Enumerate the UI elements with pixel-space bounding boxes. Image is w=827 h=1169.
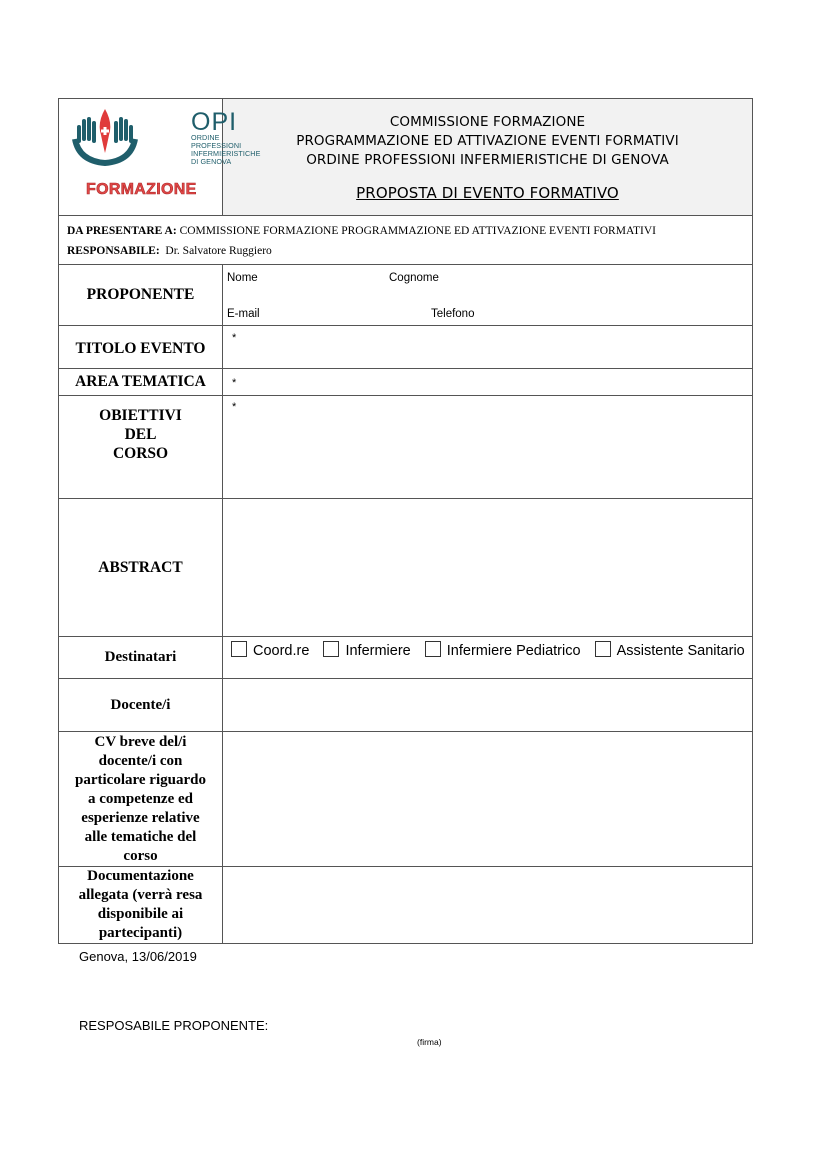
info-cell: DA PRESENTARE A: COMMISSIONE FORMAZIONE … bbox=[59, 216, 753, 265]
event-proposal-form: OPI ORDINE PROFESSIONI INFERMIERISTICHE … bbox=[58, 98, 753, 944]
documentazione-label: Documentazione allegata (verrà resa disp… bbox=[59, 867, 223, 944]
obiettivi-label: OBIETTIVI DEL CORSO bbox=[59, 396, 223, 499]
cognome-label: Cognome bbox=[389, 272, 439, 284]
header-row: OPI ORDINE PROFESSIONI INFERMIERISTICHE … bbox=[59, 99, 753, 216]
signature-label: RESPOSABILE PROPONENTE: bbox=[79, 1018, 268, 1033]
cv-label-line: esperienze relative bbox=[59, 809, 222, 828]
docente-label: Docente/i bbox=[59, 679, 223, 732]
logo-brand: OPI bbox=[191, 110, 261, 134]
titolo-row: TITOLO EVENTO * bbox=[59, 326, 753, 369]
obiettivi-row: OBIETTIVI DEL CORSO * bbox=[59, 396, 753, 499]
area-row: AREA TEMATICA * bbox=[59, 369, 753, 396]
logo-section-title: FORMAZIONE bbox=[86, 181, 197, 199]
abstract-field[interactable] bbox=[223, 499, 753, 637]
info-row: DA PRESENTARE A: COMMISSIONE FORMAZIONE … bbox=[59, 216, 753, 265]
cv-label-line: CV breve del/i bbox=[59, 733, 222, 752]
docente-field[interactable] bbox=[223, 679, 753, 732]
option-label: Infermiere bbox=[345, 643, 410, 659]
proponente-field[interactable]: Nome Cognome E-mail Telefono bbox=[223, 265, 753, 326]
responsible-value: Dr. Salvatore Ruggiero bbox=[165, 245, 271, 257]
cv-label-line: docente/i con bbox=[59, 752, 222, 771]
nome-label: Nome bbox=[227, 272, 258, 284]
required-mark: * bbox=[223, 375, 752, 389]
obiettivi-label-line: CORSO bbox=[59, 444, 222, 463]
present-to-value: COMMISSIONE FORMAZIONE PROGRAMMAZIONE ED… bbox=[180, 225, 656, 237]
opi-hands-flame-logo-icon bbox=[71, 109, 139, 167]
documentazione-label-line: partecipanti) bbox=[59, 924, 222, 943]
email-label: E-mail bbox=[227, 308, 260, 320]
obiettivi-field[interactable]: * bbox=[223, 396, 753, 499]
documentazione-row: Documentazione allegata (verrà resa disp… bbox=[59, 867, 753, 944]
destinatari-options: Coord.re Infermiere Infermiere Pediatric… bbox=[223, 637, 753, 679]
area-field[interactable]: * bbox=[223, 369, 753, 396]
form-subtitle: PROPOSTA DI EVENTO FORMATIVO bbox=[223, 184, 752, 202]
required-mark: * bbox=[223, 326, 752, 344]
present-to-label: DA PRESENTARE A: bbox=[67, 225, 177, 237]
cv-label-line: a competenze ed bbox=[59, 790, 222, 809]
option-infermiere-pediatrico[interactable]: Infermiere Pediatrico bbox=[425, 643, 581, 659]
abstract-label: ABSTRACT bbox=[59, 499, 223, 637]
documentazione-label-line: allegata (verrà resa bbox=[59, 886, 222, 905]
cv-label-line: alle tematiche del bbox=[59, 828, 222, 847]
proponente-row: PROPONENTE Nome Cognome E-mail Telefono bbox=[59, 265, 753, 326]
option-label: Assistente Sanitario bbox=[617, 643, 745, 659]
required-mark: * bbox=[223, 396, 752, 413]
cv-label-line: corso bbox=[59, 847, 222, 866]
abstract-row: ABSTRACT bbox=[59, 499, 753, 637]
checkbox[interactable] bbox=[231, 641, 247, 657]
option-label: Coord.re bbox=[253, 643, 309, 659]
title-line-3: ORDINE PROFESSIONI INFERMIERISTICHE DI G… bbox=[223, 151, 752, 170]
destinatari-label: Destinatari bbox=[59, 637, 223, 679]
proponente-label: PROPONENTE bbox=[59, 265, 223, 326]
checkbox[interactable] bbox=[323, 641, 339, 657]
signature-hint: (firma) bbox=[417, 1037, 442, 1047]
cv-field[interactable] bbox=[223, 732, 753, 867]
cv-row: CV breve del/i docente/i con particolare… bbox=[59, 732, 753, 867]
logo-org-line-3: DI GENOVA bbox=[191, 158, 261, 166]
destinatari-row: Destinatari Coord.re Infermiere Infermie… bbox=[59, 637, 753, 679]
logo-text: OPI ORDINE PROFESSIONI INFERMIERISTICHE … bbox=[191, 110, 261, 166]
telefono-label: Telefono bbox=[431, 308, 474, 320]
option-label: Infermiere Pediatrico bbox=[447, 643, 581, 659]
documentazione-field[interactable] bbox=[223, 867, 753, 944]
checkbox[interactable] bbox=[425, 641, 441, 657]
docente-row: Docente/i bbox=[59, 679, 753, 732]
option-coordinatore[interactable]: Coord.re bbox=[231, 643, 309, 659]
option-infermiere[interactable]: Infermiere bbox=[323, 643, 410, 659]
title-line-1: COMMISSIONE FORMAZIONE bbox=[223, 113, 752, 132]
documentazione-label-line: Documentazione bbox=[59, 867, 222, 886]
place-date: Genova, 13/06/2019 bbox=[79, 949, 197, 964]
obiettivi-label-line: OBIETTIVI bbox=[59, 406, 222, 425]
responsible-label: RESPONSABILE: bbox=[67, 245, 160, 257]
logo-cell: OPI ORDINE PROFESSIONI INFERMIERISTICHE … bbox=[59, 99, 223, 216]
title-line-2: PROGRAMMAZIONE ED ATTIVAZIONE EVENTI FOR… bbox=[223, 132, 752, 151]
cv-label-line: particolare riguardo bbox=[59, 771, 222, 790]
titolo-label: TITOLO EVENTO bbox=[59, 326, 223, 369]
documentazione-label-line: disponibile ai bbox=[59, 905, 222, 924]
option-assistente-sanitario[interactable]: Assistente Sanitario bbox=[595, 643, 745, 659]
obiettivi-label-line: DEL bbox=[59, 425, 222, 444]
title-cell: COMMISSIONE FORMAZIONE PROGRAMMAZIONE ED… bbox=[223, 99, 753, 216]
checkbox[interactable] bbox=[595, 641, 611, 657]
logo-org-line-1: ORDINE PROFESSIONI bbox=[191, 134, 261, 150]
area-label: AREA TEMATICA bbox=[59, 369, 223, 396]
cv-label: CV breve del/i docente/i con particolare… bbox=[59, 732, 223, 867]
titolo-field[interactable]: * bbox=[223, 326, 753, 369]
